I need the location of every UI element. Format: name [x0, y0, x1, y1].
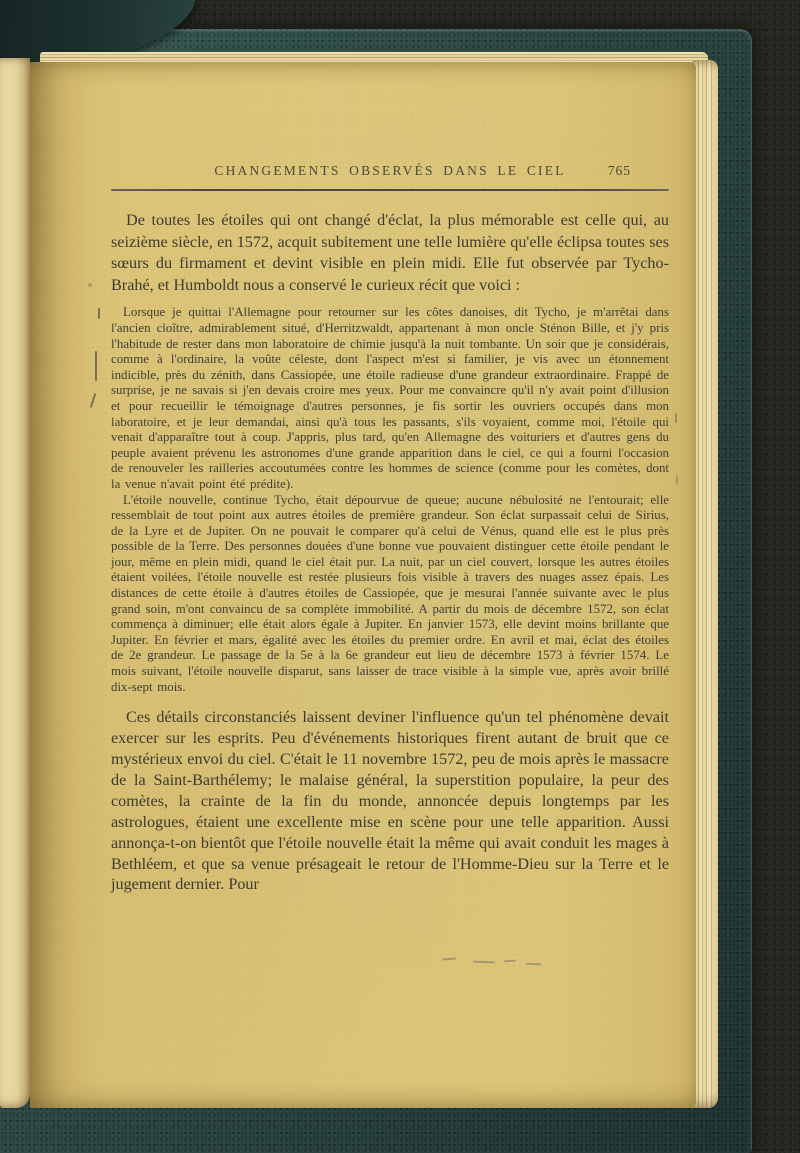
- running-header: CHANGEMENTS OBSERVÉS DANS LE CIEL 765: [111, 162, 669, 180]
- margin-smudge: [88, 283, 92, 287]
- facing-page-edge: [0, 58, 30, 1108]
- margin-pen-mark: [90, 393, 97, 408]
- blockquote-tycho: Lorsque je quittai l'Allemagne pour reto…: [111, 305, 669, 695]
- paragraph-closing: Ces détails circonstanciés laissent devi…: [111, 707, 669, 895]
- pencil-dash: [504, 960, 516, 962]
- page-content: CHANGEMENTS OBSERVÉS DANS LE CIEL 765 De…: [111, 62, 669, 895]
- paragraph-intro: De toutes les étoiles qui ont changé d'é…: [111, 210, 669, 296]
- quote-paragraph-2: L'étoile nouvelle, continue Tycho, était…: [111, 493, 669, 696]
- header-rule: [111, 189, 669, 191]
- margin-pen-mark: [675, 413, 677, 423]
- page-title: CHANGEMENTS OBSERVÉS DANS LE CIEL: [214, 163, 565, 178]
- photo-background: CHANGEMENTS OBSERVÉS DANS LE CIEL 765 De…: [0, 0, 800, 1153]
- margin-pen-mark: [95, 351, 97, 381]
- book-page: CHANGEMENTS OBSERVÉS DANS LE CIEL 765 De…: [30, 62, 696, 1108]
- page-number: 765: [608, 163, 631, 179]
- quote-paragraph-1: Lorsque je quittai l'Allemagne pour reto…: [111, 305, 669, 492]
- margin-pen-mark: [98, 308, 100, 319]
- pencil-dash: [473, 961, 495, 963]
- margin-pen-mark: [676, 475, 678, 484]
- pencil-dash: [526, 963, 542, 965]
- pencil-dash: [442, 958, 456, 960]
